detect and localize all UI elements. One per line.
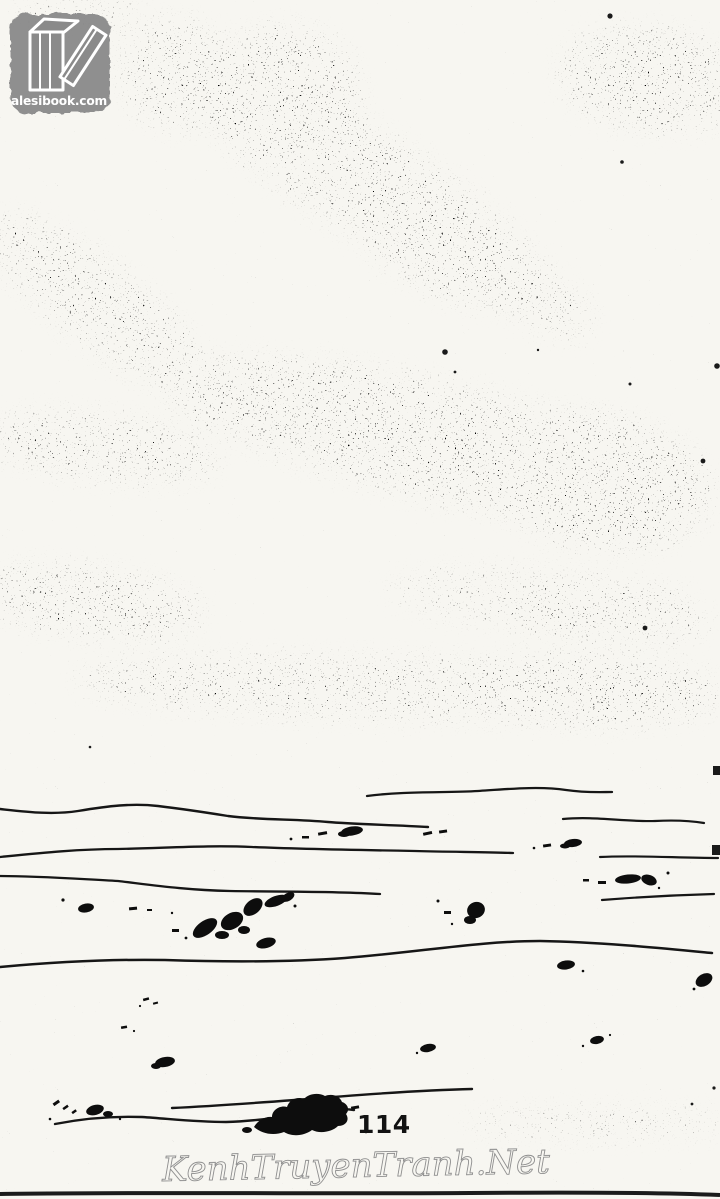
bottom-edge-line xyxy=(0,1193,720,1195)
page-number: 114 xyxy=(357,1112,411,1137)
site-watermark-text: KenhTruyenTranh.Net xyxy=(161,1142,551,1190)
logo-text: alesibook.com xyxy=(11,94,107,108)
page-artwork: alesibook.com KenhTruyenTranh.Net xyxy=(0,0,720,1199)
scanned-manga-page: alesibook.com KenhTruyenTranh.Net 114 xyxy=(0,0,720,1199)
alesibook-watermark: alesibook.com xyxy=(10,14,110,113)
